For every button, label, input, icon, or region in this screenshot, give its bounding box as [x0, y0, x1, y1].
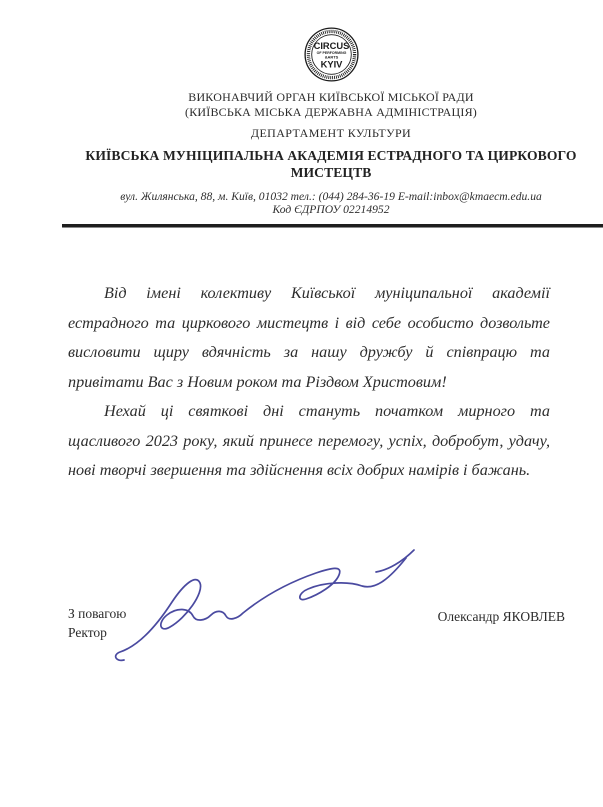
circus-academy-seal-icon: CIRCUS OF PERFORMING &ARTS KYIV — [304, 27, 359, 82]
letterhead-divider — [62, 224, 603, 227]
executive-body-line: ВИКОНАВЧИЙ ОРГАН КИЇВСЬКОЇ МІСЬКОЇ РАДИ — [62, 90, 600, 105]
handwritten-signature — [110, 536, 430, 668]
seal-word-arts: &ARTS — [324, 54, 338, 59]
seal-word-kyiv: KYIV — [320, 60, 343, 70]
greeting-paragraph: Від імені колективу Київської муніципаль… — [68, 279, 550, 397]
city-administration-line: (КИЇВСЬКА МІСЬКА ДЕРЖАВНА АДМІНІСТРАЦІЯ) — [62, 105, 600, 120]
wishes-paragraph: Нехай ці святкові дні стануть початком м… — [68, 397, 550, 486]
seal-word-circus: CIRCUS — [313, 41, 349, 51]
letter-page: CIRCUS OF PERFORMING &ARTS KYIV ВИКОНАВЧ… — [0, 0, 603, 807]
department-line: ДЕПАРТАМЕНТ КУЛЬТУРИ — [62, 126, 600, 141]
signatory-name: Олександр ЯКОВЛЕВ — [438, 609, 565, 625]
letter-body: Від імені колективу Київської муніципаль… — [68, 279, 550, 486]
edrpou-code-line: Код ЄДРПОУ 02214952 — [62, 203, 600, 217]
academy-name: КИЇВСЬКА МУНІЦИПАЛЬНА АКАДЕМІЯ ЕСТРАДНОГ… — [62, 147, 600, 181]
letterhead: CIRCUS OF PERFORMING &ARTS KYIV ВИКОНАВЧ… — [62, 0, 600, 217]
address-contact-line: вул. Жилянська, 88, м. Київ, 01032 тел.:… — [62, 190, 600, 203]
